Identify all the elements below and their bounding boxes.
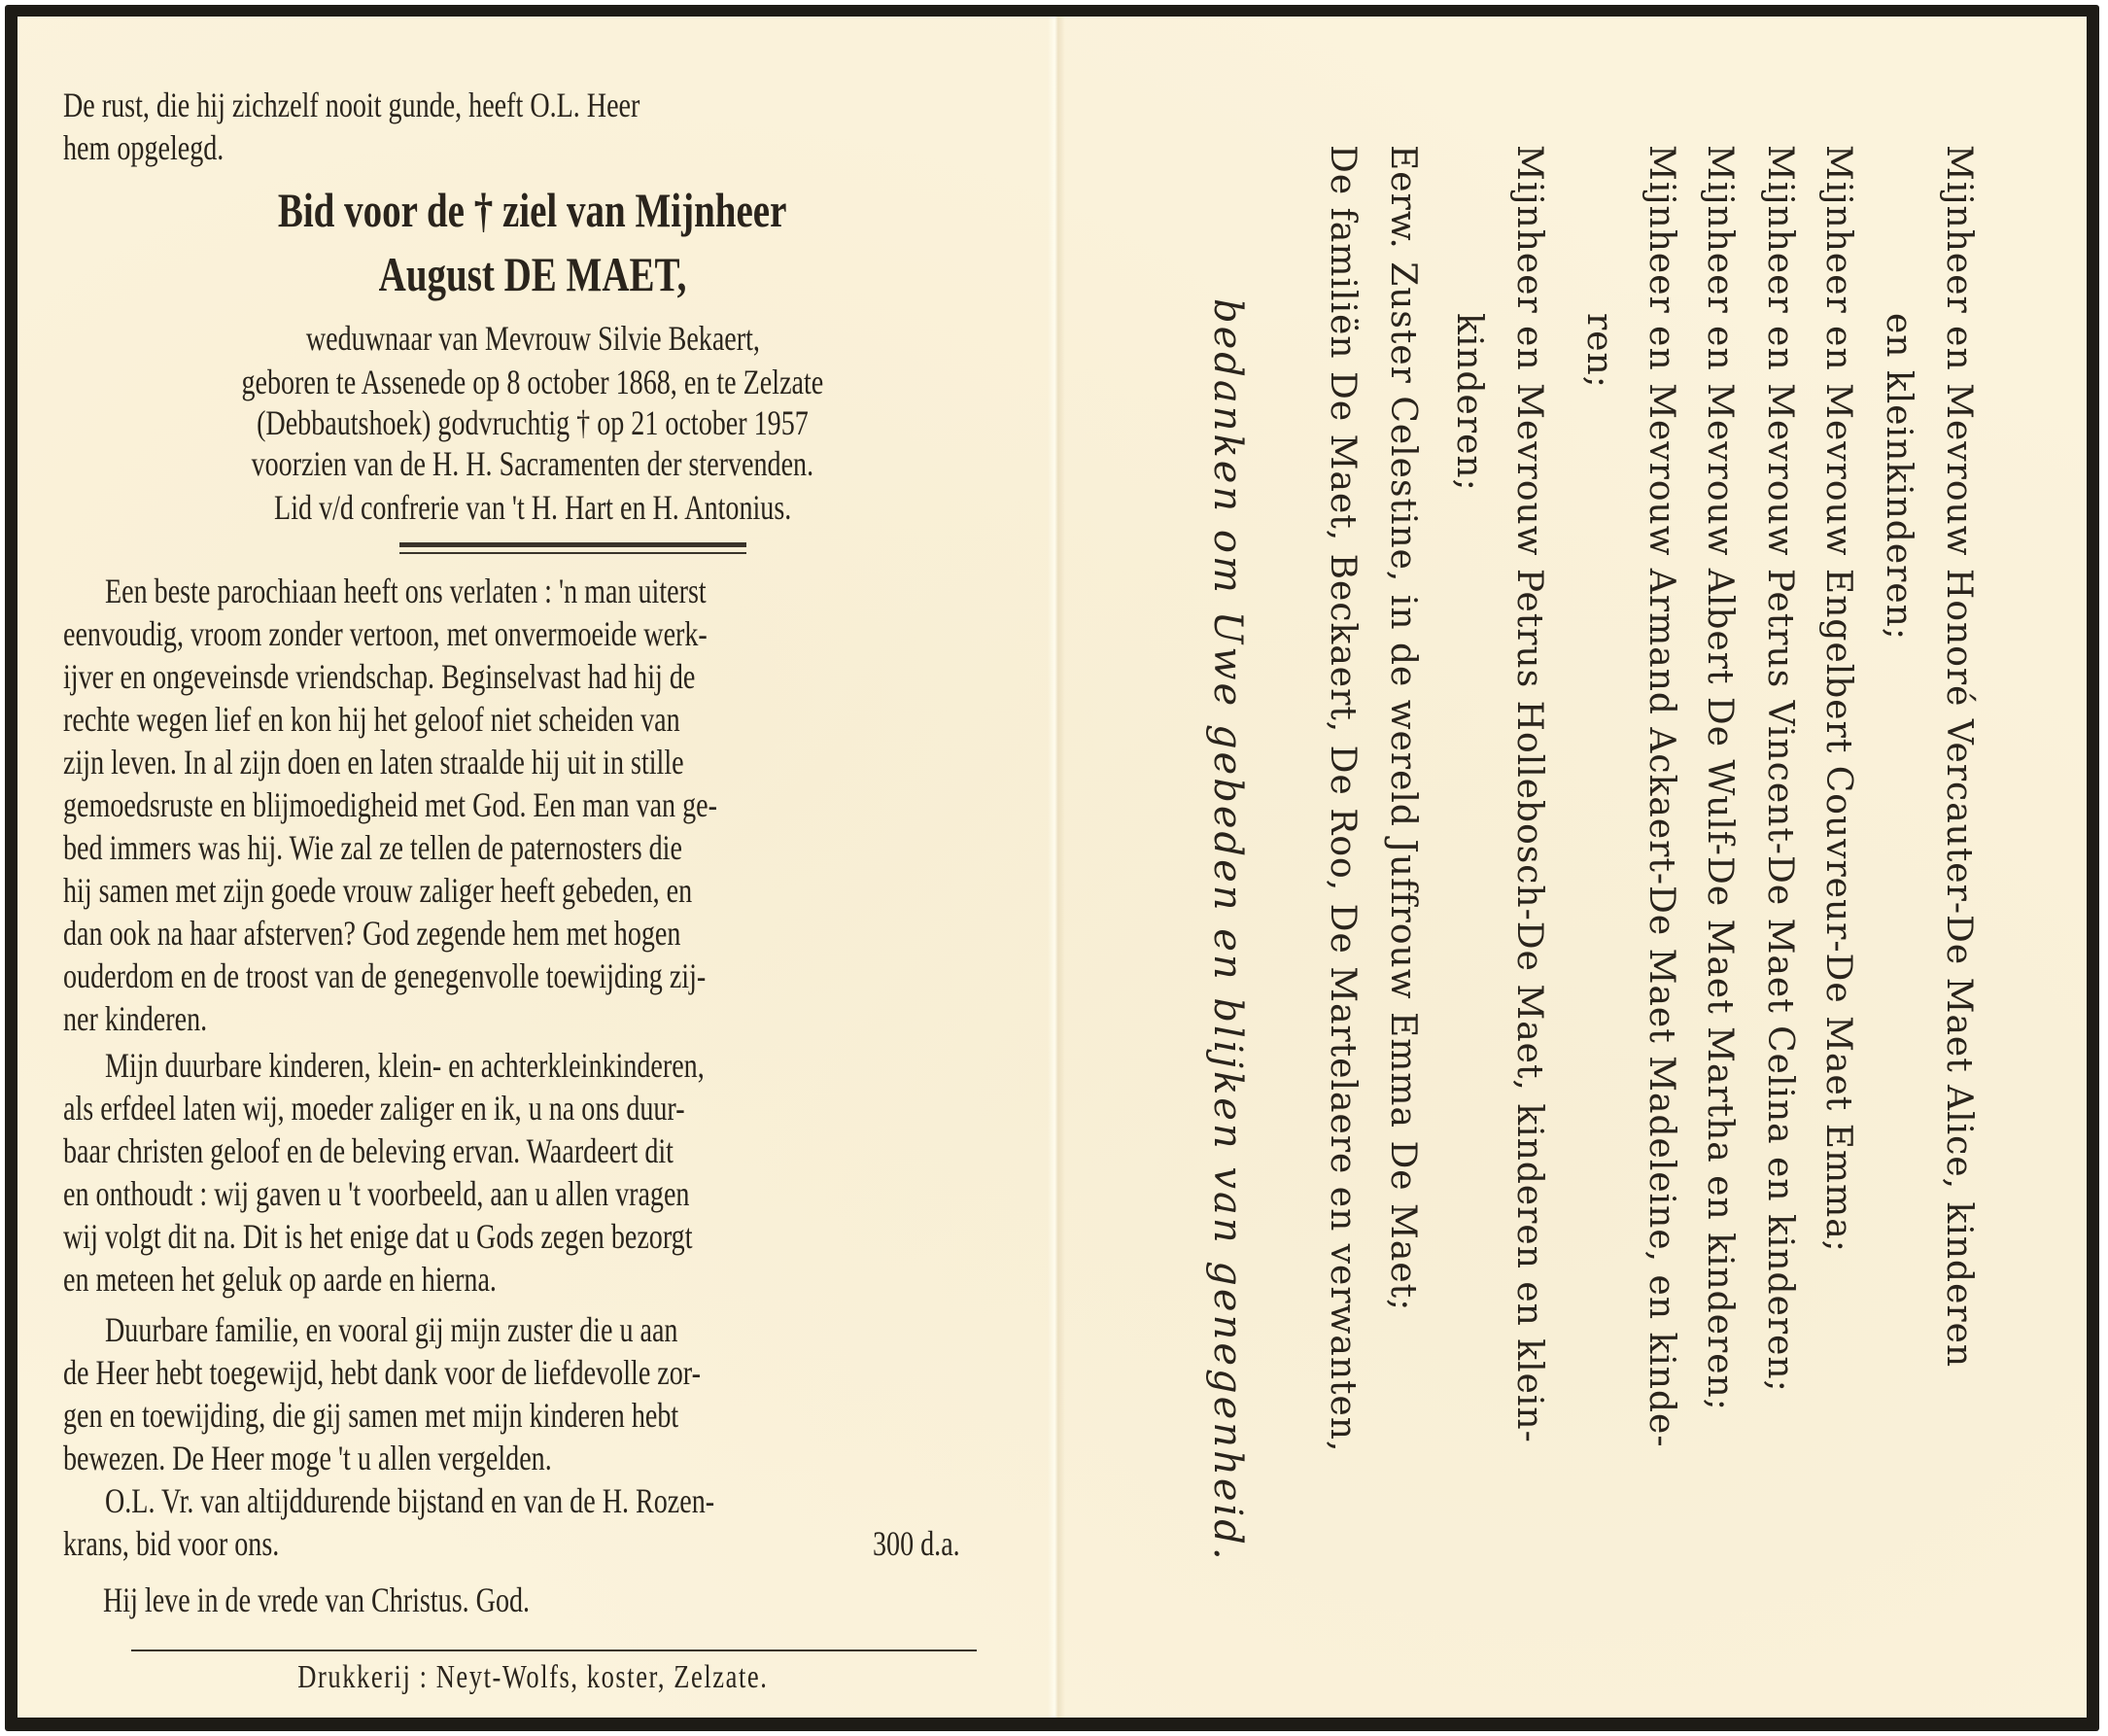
memorial-card: De rust, die hij zichzelf nooit gunde, h…: [5, 5, 2099, 1731]
detail-line: geboren te Assenede op 8 october 1868, e…: [17, 362, 1048, 402]
paragraph-line: gemoedsruste en blijmoedigheid met God. …: [63, 784, 902, 825]
paragraph-line: wij volgt dit na. Dit is het enige dat u…: [63, 1216, 870, 1257]
closing-line: Hij leve in de vrede van Christus. God.: [103, 1580, 650, 1620]
paragraph-line: eenvoudig, vroom zonder vertoon, met onv…: [63, 613, 889, 654]
paragraph-line: en onthoudt : wij gaven u 't voorbeeld, …: [63, 1173, 866, 1214]
thanks-line: Mijnheer en Mevrouw Albert De Wulf-De Ma…: [1700, 145, 1740, 1411]
paragraph-line: gen en toewijding, die gij samen met mij…: [63, 1395, 852, 1436]
paragraph-line: en meteen het geluk op aarde en hierna.: [63, 1259, 619, 1300]
indulgence-note: 300 d.a.: [873, 1523, 985, 1564]
intro-line: De rust, die hij zichzelf nooit gunde, h…: [63, 85, 803, 125]
left-panel: De rust, die hij zichzelf nooit gunde, h…: [17, 17, 1048, 1718]
headline-prayer: Bid voor de † ziel van Mijnheer: [17, 182, 1048, 238]
paragraph-line: ijver en ongeveinsde vriendschap. Begins…: [63, 656, 874, 697]
paragraph-line: Mijn duurbare kinderen, klein- en achter…: [105, 1045, 874, 1086]
right-panel: Mijnheer en Mevrouw Honoré Vercauter-De …: [1065, 17, 2087, 1718]
paragraph-line: dan ook na haar afsterven? God zegende h…: [63, 913, 855, 954]
paragraph-line: bewezen. De Heer moge 't u allen vergeld…: [63, 1438, 690, 1478]
headline-name: August DE MAET,: [17, 246, 1048, 302]
thanks-line: Mijnheer en Mevrouw Petrus Hollebosch-De…: [1509, 145, 1549, 1443]
paragraph-line: baar christen geloof en de beleving erva…: [63, 1130, 846, 1171]
paragraph-line: bed immers was hij. Wie zal ze tellen de…: [63, 827, 857, 868]
detail-line: Lid v/d confrerie van 't H. Hart en H. A…: [17, 487, 1048, 528]
card-paper: De rust, die hij zichzelf nooit gunde, h…: [17, 17, 2087, 1718]
printer-credit: Drukkerij : Neyt-Wolfs, koster, Zelzate.: [17, 1659, 1048, 1696]
thanks-closing: bedanken om Uwe gebeden en blijken van g…: [1205, 298, 1250, 1563]
detail-line: (Debbautshoek) godvruchtig † op 21 octob…: [17, 402, 1048, 443]
detail-line: weduwnaar van Mevrouw Silvie Bekaert,: [17, 318, 1048, 359]
paragraph-line: zijn leven. In al zijn doen en laten str…: [63, 742, 859, 782]
thanks-line: Mijnheer en Mevrouw Engelbert Couvreur-D…: [1818, 145, 1858, 1253]
thanks-line: Mijnheer en Mevrouw Armand Ackaert-De Ma…: [1641, 145, 1681, 1448]
intro-line: hem opgelegd.: [63, 127, 269, 168]
divider-rule: [399, 552, 746, 554]
paragraph-line: als erfdeel laten wij, moeder zaliger en…: [63, 1088, 860, 1128]
prayer-line: O.L. Vr. van altijddurende bijstand en v…: [105, 1480, 886, 1521]
card-fold: [1048, 17, 1065, 1718]
prayer-line: krans, bid voor ons.: [63, 1523, 340, 1564]
divider-rule: [399, 542, 746, 547]
thanks-line: en kleinkinderen;: [1879, 313, 1918, 641]
paragraph-line: ouderdom en de troost van de genegenvoll…: [63, 955, 887, 996]
paragraph-line: hij samen met zijn goede vrouw zaliger h…: [63, 870, 870, 911]
thanks-line: Eerw. Zuster Celestine, in de wereld Juf…: [1383, 145, 1423, 1311]
footer-rule: [131, 1649, 977, 1651]
paragraph-line: Duurbare familie, en vooral gij mijn zus…: [105, 1309, 840, 1350]
thanks-line: kinderen;: [1449, 313, 1489, 492]
detail-line: voorzien van de H. H. Sacramenten der st…: [17, 443, 1048, 484]
paragraph-line: de Heer hebt toegewijd, hebt dank voor d…: [63, 1352, 881, 1393]
paragraph-line: rechte wegen lief en kon hij het geloof …: [63, 699, 854, 740]
thanks-line: De familiën De Maet, Beckaert, De Roo, D…: [1323, 145, 1363, 1452]
thanks-line: ren;: [1579, 313, 1619, 389]
paragraph-line: Een beste parochiaan heeft ons verlaten …: [105, 571, 876, 611]
thanks-line: Mijnheer en Mevrouw Honoré Vercauter-De …: [1939, 145, 1979, 1368]
thanks-line: Mijnheer en Mevrouw Petrus Vincent-De Ma…: [1760, 145, 1800, 1393]
paragraph-line: ner kinderen.: [63, 998, 248, 1039]
